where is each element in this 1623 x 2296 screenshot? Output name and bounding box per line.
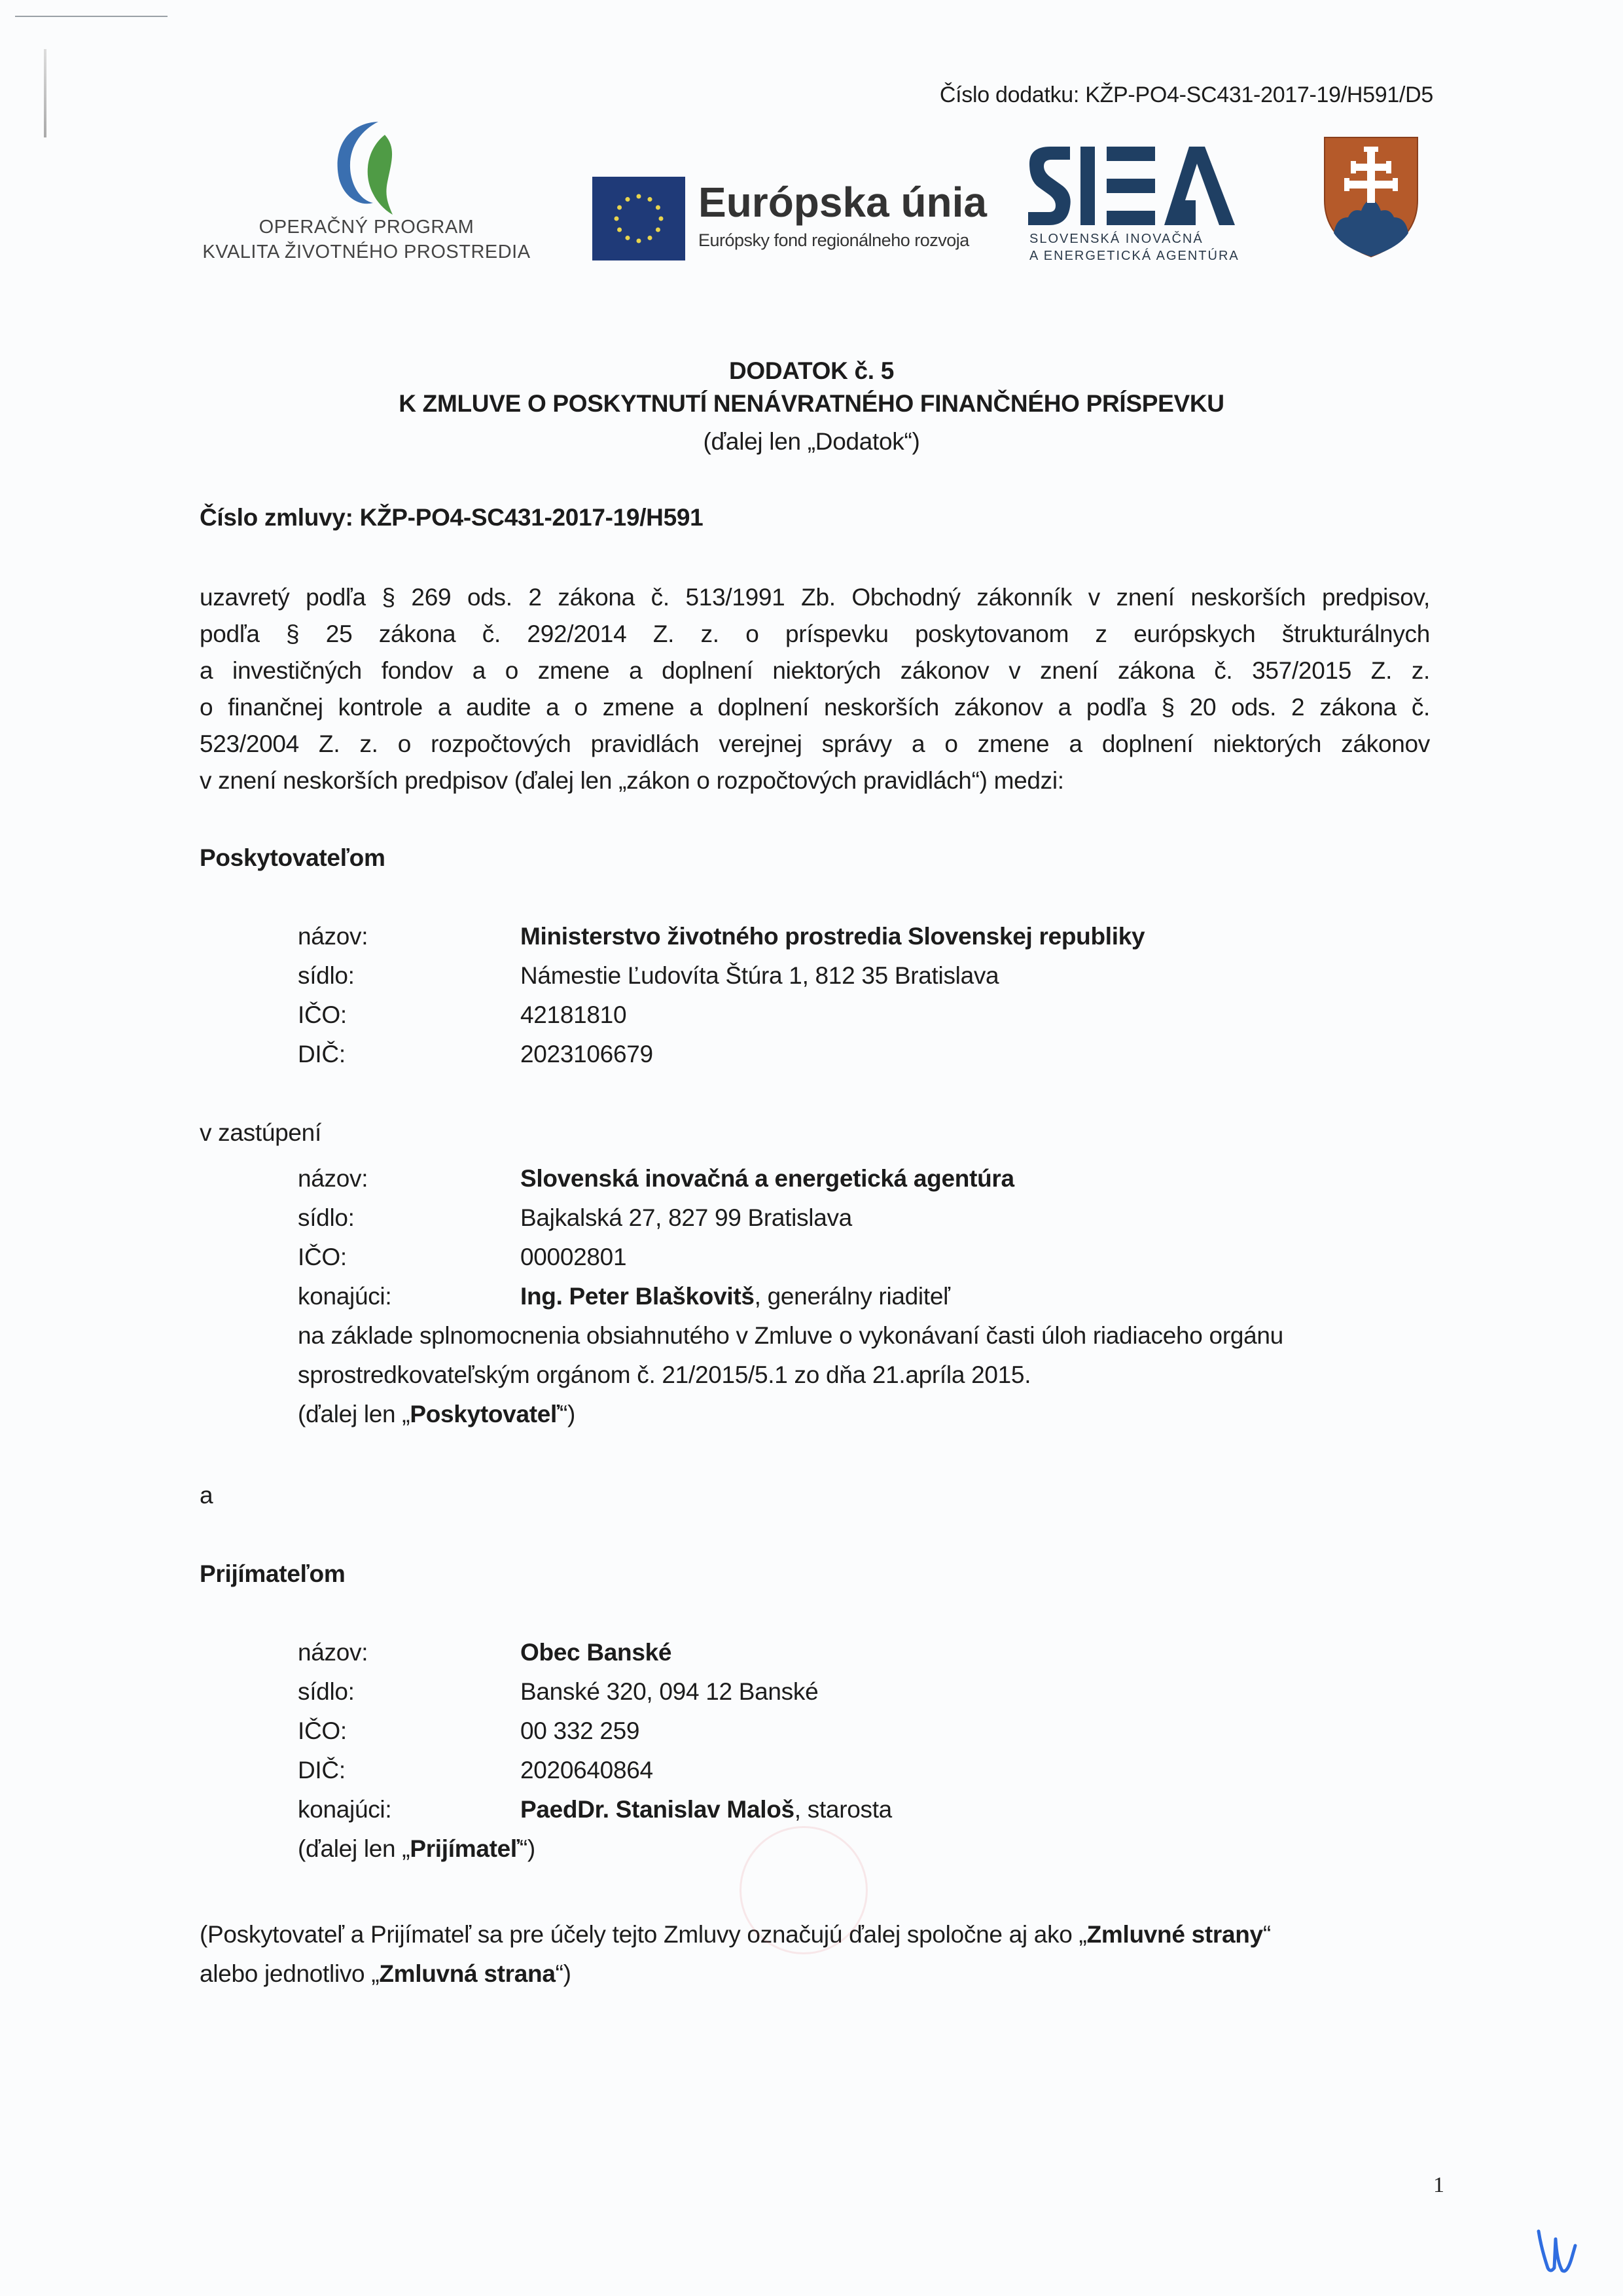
document-title: DODATOK č. 5 <box>0 359 1623 383</box>
intro-line: o finančnej kontrole a audite a o zmene … <box>200 689 1430 726</box>
field-label: konajúci: <box>298 1797 391 1821</box>
intro-paragraph: uzavretý podľa § 269 ods. 2 zákona č. 51… <box>200 579 1430 799</box>
contract-number: Číslo zmluvy: KŽP-PO4-SC431-2017-19/H591 <box>200 505 703 529</box>
field-label: konajúci: <box>298 1284 391 1308</box>
field-label: názov: <box>298 924 368 948</box>
field-value: 00002801 <box>520 1245 626 1269</box>
mandate-line-1: na základe splnomocnenia obsiahnutého v … <box>298 1323 1283 1348</box>
recipient-heading: Prijímateľom <box>200 1562 345 1586</box>
page-number: 1 <box>1433 2174 1444 2197</box>
field-value: Ing. Peter Blaškovitš, generálny riadite… <box>520 1284 950 1308</box>
field-value: 2023106679 <box>520 1042 653 1066</box>
field-value: PaedDr. Stanislav Maloš, starosta <box>520 1797 892 1821</box>
addendum-number: Číslo dodatku: KŽP-PO4-SC431-2017-19/H59… <box>940 84 1433 106</box>
field-label: sídlo: <box>298 1679 355 1704</box>
intro-line: podľa § 25 zákona č. 292/2014 Z. z. o pr… <box>200 616 1430 653</box>
intro-line: 523/2004 Z. z. o rozpočtových pravidlách… <box>200 726 1430 762</box>
field-label: názov: <box>298 1640 368 1664</box>
closing-line-1: (Poskytovateľ a Prijímateľ sa pre účely … <box>200 1922 1271 1946</box>
scan-edge-line <box>15 16 168 17</box>
intro-line: uzavretý podľa § 269 ods. 2 zákona č. 51… <box>200 579 1430 616</box>
field-label: IČO: <box>298 1719 347 1743</box>
field-value: Obec Banské <box>520 1640 671 1664</box>
eu-subtitle: Európsky fond regionálneho rozvoja <box>698 230 969 251</box>
field-value: Slovenská inovačná a energetická agentúr… <box>520 1166 1014 1191</box>
document-subtitle: K ZMLUVE O POSKYTNUTÍ NENÁVRATNÉHO FINAN… <box>0 391 1623 416</box>
intro-line: v znení neskorších predpisov (ďalej len … <box>200 762 1430 799</box>
field-value: 00 332 259 <box>520 1719 639 1743</box>
field-value: Banské 320, 094 12 Banské <box>520 1679 818 1704</box>
slovak-coat-of-arms-icon <box>1322 135 1420 262</box>
field-label: sídlo: <box>298 963 355 988</box>
siea-logo: SLOVENSKÁ INOVAČNÁ A ENERGETICKÁ AGENTÚR… <box>1024 144 1247 268</box>
scan-edge-mark <box>44 49 46 137</box>
field-value: Ministerstvo životného prostredia Sloven… <box>520 924 1145 948</box>
field-label: DIČ: <box>298 1042 346 1066</box>
handwritten-initials-icon <box>1535 2229 1580 2278</box>
leaf-ring-logo-icon <box>327 117 419 215</box>
intro-line: a investičných fondov a o zmene a doplne… <box>200 653 1430 689</box>
document-alias: (ďalej len „Dodatok“) <box>0 429 1623 454</box>
provider-heading: Poskytovateľom <box>200 846 385 870</box>
op-kzp-logo: OPERAČNÝ PROGRAM KVALITA ŽIVOTNÉHO PROST… <box>196 111 537 268</box>
conjunction: a <box>200 1483 213 1507</box>
field-value: Bajkalská 27, 827 99 Bratislava <box>520 1206 852 1230</box>
eu-title: Európska únia <box>698 178 987 226</box>
eu-flag-icon <box>592 177 685 260</box>
field-value: Námestie Ľudovíta Štúra 1, 812 35 Bratis… <box>520 963 999 988</box>
field-label: IČO: <box>298 1003 347 1027</box>
stamp-ghost <box>740 1826 868 1954</box>
mandate-line-2: sprostredkovateľským orgánom č. 21/2015/… <box>298 1363 1031 1387</box>
representation-heading: v zastúpení <box>200 1121 321 1145</box>
field-value: 2020640864 <box>520 1758 653 1782</box>
siea-caption: SLOVENSKÁ INOVAČNÁ A ENERGETICKÁ AGENTÚR… <box>1029 230 1240 264</box>
closing-line-2: alebo jednotlivo „Zmluvná strana“) <box>200 1962 571 1986</box>
field-label: IČO: <box>298 1245 347 1269</box>
field-value: 42181810 <box>520 1003 626 1027</box>
field-label: sídlo: <box>298 1206 355 1230</box>
provider-alias: (ďalej len „Poskytovateľ“) <box>298 1402 575 1426</box>
siea-wordmark <box>1024 144 1247 228</box>
field-label: názov: <box>298 1166 368 1191</box>
op-kzp-caption: OPERAČNÝ PROGRAM KVALITA ŽIVOTNÉHO PROST… <box>196 215 537 264</box>
recipient-alias: (ďalej len „Prijímateľ“) <box>298 1837 535 1861</box>
field-label: DIČ: <box>298 1758 346 1782</box>
